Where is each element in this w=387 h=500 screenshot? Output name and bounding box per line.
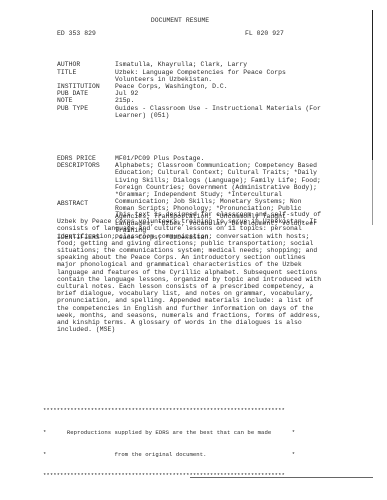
abstract-line: pronunciation, and spelling. Appended ma… [57, 297, 321, 304]
field-value: Learner) (051) [115, 112, 169, 119]
field-row: *Grammar; Independent Study; *Intercultu… [57, 191, 321, 198]
abstract-line: language and features of the Cyrillic al… [57, 269, 321, 276]
field-row: EDRS PRICEMF01/PC09 Plus Postage. [57, 155, 321, 162]
scan-edge-vertical-line [372, 10, 373, 160]
field-value: MF01/PC09 Plus Postage. [115, 155, 204, 162]
scan-edge-horizontal-line [190, 477, 373, 478]
field-label [57, 191, 115, 198]
abstract-line: major phonological and grammatical chara… [57, 261, 321, 268]
abstract-line: the competencies in English and further … [57, 305, 321, 312]
field-value: Peace Corps, Washington, D.C. [115, 83, 228, 90]
field-row: INSTITUTIONPeace Corps, Washington, D.C. [57, 83, 321, 90]
field-label: EDRS PRICE [57, 155, 115, 162]
ed-number: ED 353 829 [57, 30, 96, 37]
abstract-line: situations; the communications system; m… [57, 247, 321, 254]
field-row: AUTHORIsmatulla, Khayrulla; Clark, Larry [57, 61, 321, 68]
field-row: Volunteers in Uzbekistan. [57, 76, 321, 83]
field-label [57, 177, 115, 184]
field-value: Uzbek: Language Competencies for Peace C… [115, 69, 286, 76]
field-label [57, 112, 115, 119]
abstract-line: cultural notes. Each lesson consists of … [57, 283, 321, 290]
edrs-notice-line-2: * from the original document. * [43, 451, 295, 458]
field-row: Living Skills; Dialogs (Language); Famil… [57, 177, 321, 184]
field-row: TITLEUzbek: Language Competencies for Pe… [57, 69, 321, 76]
field-label: DESCRIPTORS [57, 162, 115, 169]
field-value: Living Skills; Dialogs (Language); Famil… [115, 177, 321, 184]
abstract-line: week, months, and seasons, numerals and … [57, 312, 321, 319]
field-label: INSTITUTION [57, 83, 115, 90]
field-value: Foreign Countries; Government (Administr… [115, 184, 317, 191]
abstract-heading: ABSTRACT [57, 200, 88, 207]
abstract-line: consists of language and culture lessons… [57, 225, 321, 232]
abstract-line: This text is designed for classroom and … [57, 211, 321, 218]
edrs-notice-box: ****************************************… [43, 393, 295, 487]
field-value: Alphabets; Classroom Communication; Comp… [115, 162, 317, 169]
abstract-body: This text is designed for classroom and … [57, 211, 321, 333]
abstract-line: food; getting and giving directions; pub… [57, 240, 321, 247]
field-label [57, 184, 115, 191]
field-row: Education; Cultural Context; Cultural Tr… [57, 169, 321, 176]
field-value: Ismatulla, Khayrulla; Clark, Larry [115, 61, 247, 68]
abstract-line: and kinship terms. A glossary of words i… [57, 319, 321, 326]
field-label: PUB DATE [57, 90, 115, 97]
scan-edge-vertical-line-faint [372, 160, 373, 225]
field-label [57, 76, 115, 83]
fl-number: FL 020 927 [245, 30, 284, 37]
abstract-line: brief dialogue, vocabulary list, and not… [57, 290, 321, 297]
field-value: *Grammar; Independent Study; *Intercultu… [115, 191, 282, 198]
field-row: PUB TYPEGuides - Classroom Use - Instruc… [57, 105, 321, 112]
abstract-line: included. (MSE) [57, 326, 321, 333]
edrs-notice-line-1: * Reproductions supplied by EDRS are the… [43, 429, 295, 436]
field-row: Learner) (051) [57, 112, 321, 119]
edrs-border-bottom: ****************************************… [43, 472, 295, 479]
document-title: DOCUMENT RESUME [0, 17, 360, 24]
edrs-border-top: ****************************************… [43, 407, 295, 414]
field-label: AUTHOR [57, 61, 115, 68]
abstract-line: Uzbek by Peace Corps volunteers training… [57, 218, 321, 225]
field-row: DESCRIPTORSAlphabets; Classroom Communic… [57, 162, 321, 169]
field-label: NOTE [57, 97, 115, 104]
field-label: PUB TYPE [57, 105, 115, 112]
field-value: Jul 92 [115, 90, 138, 97]
field-value: 215p. [115, 97, 134, 104]
field-label: TITLE [57, 69, 115, 76]
field-value: Communication; Job Skills; Monetary Syst… [115, 198, 301, 205]
field-row: Communication; Job Skills; Monetary Syst… [57, 198, 321, 205]
field-row: NOTE215p. [57, 97, 321, 104]
field-label [57, 169, 115, 176]
field-value: Education; Cultural Context; Cultural Tr… [115, 169, 317, 176]
abstract-line: speaking about the Peace Corps. An intro… [57, 254, 321, 261]
field-value: Guides - Classroom Use - Instructional M… [115, 105, 321, 112]
abstract-line: identification; classroom communication;… [57, 233, 321, 240]
field-value: Volunteers in Uzbekistan. [115, 76, 212, 83]
field-row: Foreign Countries; Government (Administr… [57, 184, 321, 191]
abstract-line: contain the language lessons, organized … [57, 276, 321, 283]
field-row: PUB DATEJul 92 [57, 90, 321, 97]
